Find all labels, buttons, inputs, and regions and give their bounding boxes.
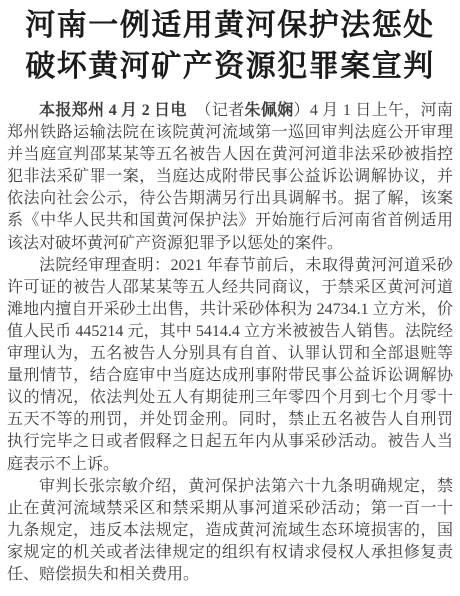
reporter-name: 朱佩娴 (245, 102, 294, 119)
paragraph-lead: 本报郑州 4 月 2 日电（记者朱佩娴）4 月 1 日上午，河南郑州铁路运输法院… (7, 100, 453, 255)
newspaper-article-page: 河南一例适用黄河保护法惩处 破坏黄河矿产资源犯罪案宣判 本报郑州 4 月 2 日… (0, 0, 460, 596)
article-title-line1: 河南一例适用黄河保护法惩处 (0, 5, 460, 46)
article-title-line2: 破坏黄河矿产资源犯罪案宣判 (0, 46, 460, 87)
reporter-byline-prefix: （记者 (196, 102, 245, 119)
reporter-byline-suffix: ） (294, 102, 310, 119)
article-body: 本报郑州 4 月 2 日电（记者朱佩娴）4 月 1 日上午，河南郑州铁路运输法院… (0, 100, 460, 586)
paragraph-judge-explanation: 审判长张宗敏介绍，黄河保护法第六十九条明确规定，禁止在黄河流域禁采区和禁采期从事… (7, 476, 453, 586)
article-title: 河南一例适用黄河保护法惩处 破坏黄河矿产资源犯罪案宣判 (0, 0, 460, 87)
dateline: 本报郑州 4 月 2 日电 (39, 102, 187, 119)
paragraph-court-findings: 法院经审理查明：2021 年春节前后，未取得黄河河道采砂许可证的被告人邵某某等五… (7, 255, 453, 476)
paragraph-lead-text: 4 月 1 日上午，河南郑州铁路运输法院在该院黄河流域第一巡回审判法庭公开审理并… (7, 102, 453, 252)
